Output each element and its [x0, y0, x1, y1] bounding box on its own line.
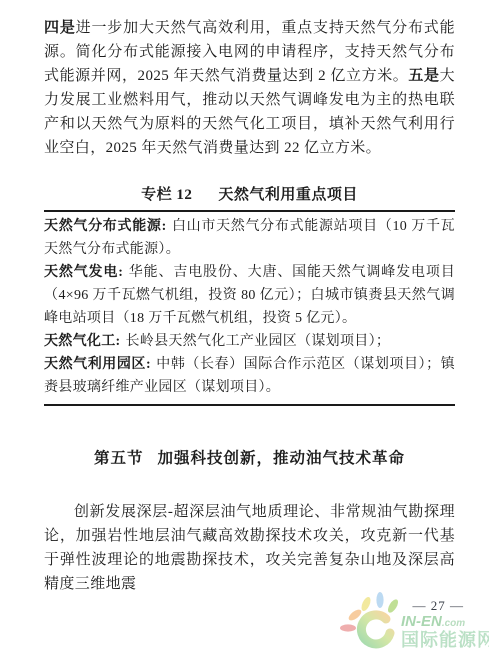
section-title: 加强科技创新，推动油气技术革命 — [158, 450, 406, 467]
box-item-utilization-park: 天然气利用园区:中韩（长春）国际合作示范区（谋划项目）；镇赉县玻璃纤维产业园区（… — [44, 353, 455, 399]
box-body: 天然气分布式能源:白山市天然气分布式能源站项目（10 万千瓦天然气分布式能源）。… — [44, 210, 455, 406]
paragraph-gas-utilization: 四是进一步加大天然气高效利用，重点支持天然气分布式能源。简化分布式能源接入电网的… — [44, 16, 455, 160]
box-item-label: 天然气化工: — [44, 334, 120, 349]
page-number: — 27 — — [413, 598, 465, 614]
column-12-box: 专栏 12天然气利用重点项目 天然气分布式能源:白山市天然气分布式能源站项目（1… — [44, 184, 455, 406]
inen-watermark: IN-EN.com 国际能源网 — [339, 587, 489, 649]
document-page: 四是进一步加大天然气高效利用，重点支持天然气分布式能源。简化分布式能源接入电网的… — [0, 0, 489, 649]
inen-logo-domain: .com — [442, 618, 465, 629]
paragraph-tech-innovation: 创新发展深层-超深层油气地质理论、非常规油气勘探理论，加强岩性地层油气藏高效勘探… — [44, 500, 455, 596]
paragraph-text: 进一步加大天然气高效利用，重点支持天然气分布式能源。简化分布式能源接入电网的申请… — [44, 20, 455, 84]
bold-marker-four: 四是 — [44, 20, 76, 36]
box-item-chemical: 天然气化工:长岭县天然气化工产业园区（谋划项目）； — [44, 330, 455, 353]
box-title-text: 天然气利用重点项目 — [218, 187, 358, 203]
section-heading: 第五节加强科技创新，推动油气技术革命 — [44, 448, 455, 470]
box-item-distributed-energy: 天然气分布式能源:白山市天然气分布式能源站项目（10 万千瓦天然气分布式能源）。 — [44, 215, 455, 261]
inen-logo-text: IN-EN.com 国际能源网 — [401, 614, 489, 649]
inen-logo-en: IN-EN.com — [401, 614, 489, 629]
box-title-prefix: 专栏 12 — [141, 187, 192, 203]
inen-logo-name: IN-EN — [401, 613, 442, 630]
page-content: 四是进一步加大天然气高效利用，重点支持天然气分布式能源。简化分布式能源接入电网的… — [0, 0, 489, 596]
box-item-label: 天然气分布式能源: — [44, 219, 167, 234]
box-item-text: 长岭县天然气化工产业园区（谋划项目）； — [125, 334, 390, 349]
box-title: 专栏 12天然气利用重点项目 — [44, 184, 455, 206]
box-item-label: 天然气利用园区: — [44, 357, 151, 372]
bold-marker-five: 五是 — [408, 68, 439, 84]
inen-logo-icon — [339, 591, 405, 649]
box-item-power-generation: 天然气发电:华能、吉电股份、大唐、国能天然气调峰发电项目（4×96 万千瓦燃气机… — [44, 261, 455, 330]
section-number: 第五节 — [94, 450, 144, 467]
inen-logo-cn: 国际能源网 — [401, 631, 489, 649]
box-item-label: 天然气发电: — [44, 265, 123, 280]
